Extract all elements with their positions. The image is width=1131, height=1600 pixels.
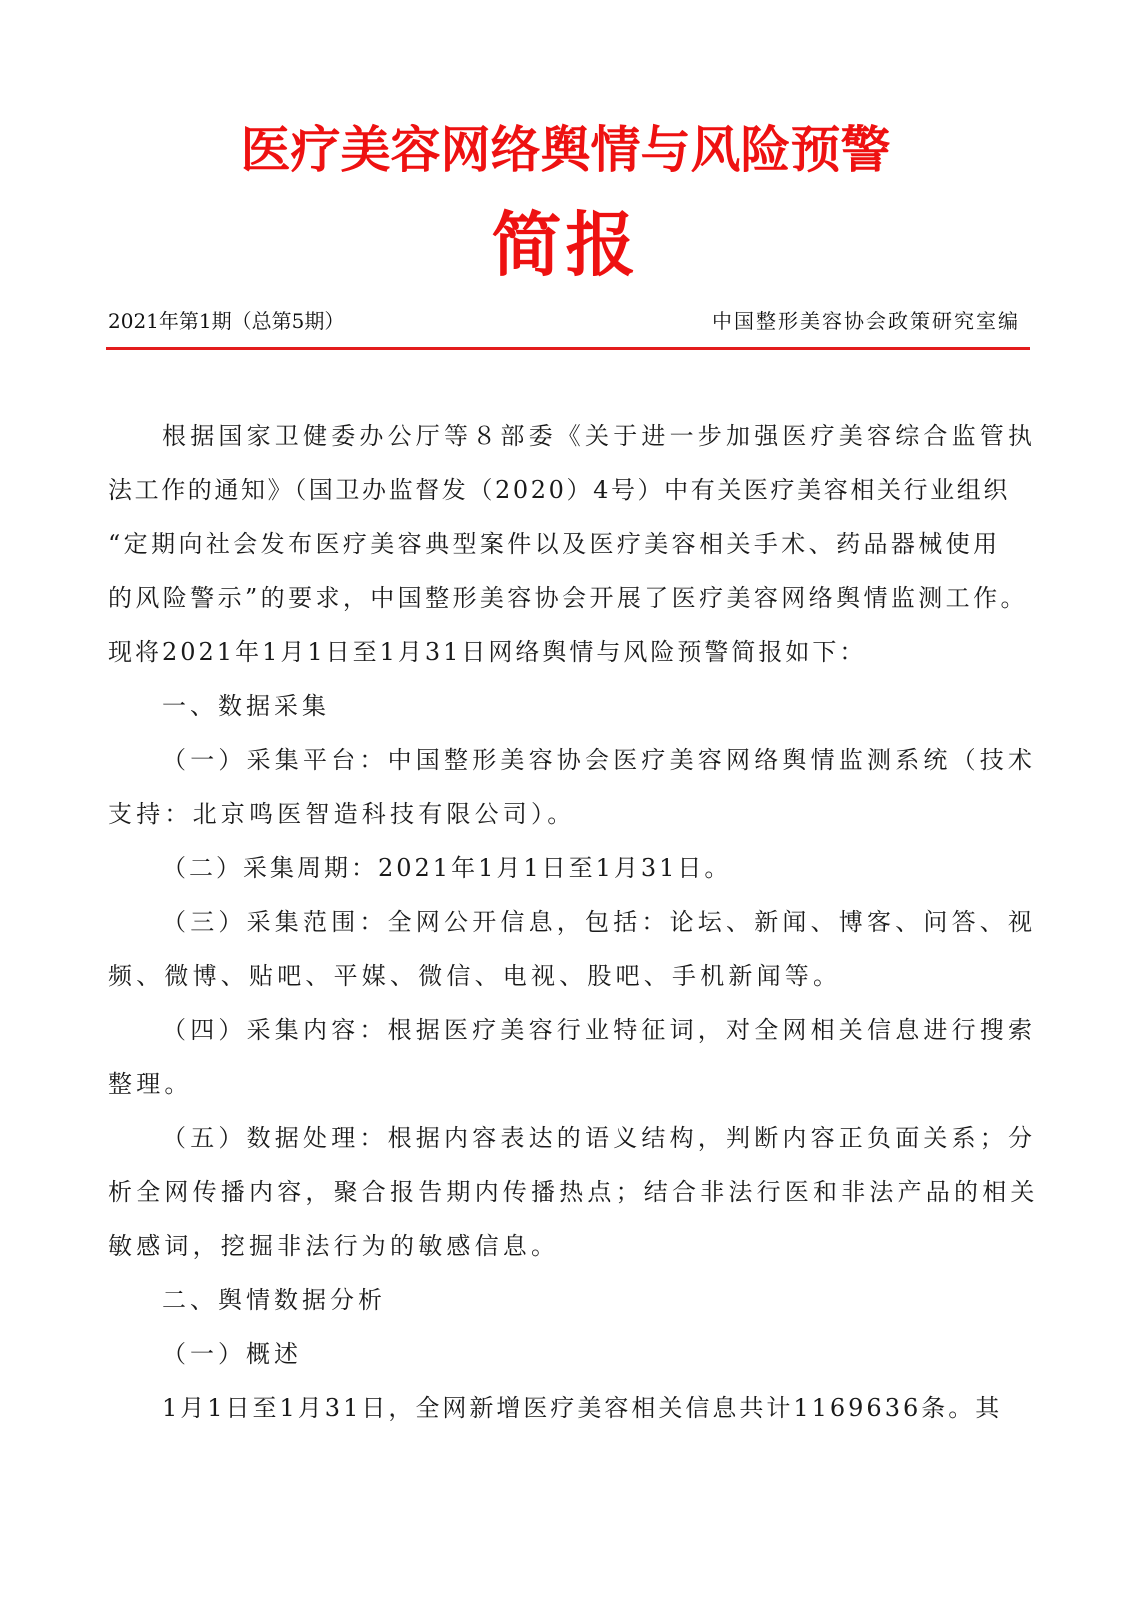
section-heading-data-collection: 一、数据采集 [162, 688, 1020, 724]
item-content-line-2: 整理。 [108, 1066, 1020, 1102]
item-period: （二）采集周期：2021年1月1日至1月31日。 [162, 850, 1020, 886]
item-platform-line-2: 支持：北京鸣医智造科技有限公司）。 [108, 796, 1020, 832]
red-divider [106, 347, 1030, 350]
item-scope-line-2: 频、微博、贴吧、平媒、微信、电视、股吧、手机新闻等。 [108, 958, 1020, 994]
report-title: 医疗美容网络舆情与风险预警 [0, 118, 1131, 182]
paragraph-intro-line-1: 根据国家卫健委办公厅等８部委《关于进一步加强医疗美容综合监管执 [162, 418, 1020, 454]
paragraph-intro-line-4: 的风险警示”的要求，中国整形美容协会开展了医疗美容网络舆情监测工作。 [108, 580, 1020, 616]
editor-credit: 中国整形美容协会政策研究室编 [712, 306, 1020, 336]
section-heading-analysis: 二、舆情数据分析 [162, 1282, 1020, 1318]
item-scope-line-1: （三）采集范围：全网公开信息，包括：论坛、新闻、博客、问答、视 [162, 904, 1020, 940]
issue-number: 2021年第1期（总第5期） [108, 306, 344, 336]
item-content-line-1: （四）采集内容：根据医疗美容行业特征词，对全网相关信息进行搜索 [162, 1012, 1020, 1048]
paragraph-intro-line-3: “定期向社会发布医疗美容典型案件以及医疗美容相关手术、药品器械使用 [108, 526, 1020, 562]
paragraph-intro-line-5: 现将2021年1月1日至1月31日网络舆情与风险预警简报如下： [108, 634, 1020, 670]
overview-paragraph-line-1: 1月1日至1月31日，全网新增医疗美容相关信息共计1169636条。其 [162, 1390, 1020, 1426]
report-subtitle: 简报 [0, 200, 1131, 290]
paragraph-intro-line-2: 法工作的通知》（国卫办监督发（2020）4号）中有关医疗美容相关行业组织 [108, 472, 1020, 508]
item-processing-line-3: 敏感词，挖掘非法行为的敏感信息。 [108, 1228, 1020, 1264]
item-processing-line-2: 析全网传播内容，聚合报告期内传播热点；结合非法行医和非法产品的相关 [108, 1174, 1020, 1210]
subsection-heading-overview: （一）概述 [162, 1336, 1020, 1372]
item-platform-line-1: （一）采集平台：中国整形美容协会医疗美容网络舆情监测系统（技术 [162, 742, 1020, 778]
issue-meta-row: 2021年第1期（总第5期） 中国整形美容协会政策研究室编 [108, 306, 1020, 336]
item-processing-line-1: （五）数据处理：根据内容表达的语义结构，判断内容正负面关系；分 [162, 1120, 1020, 1156]
